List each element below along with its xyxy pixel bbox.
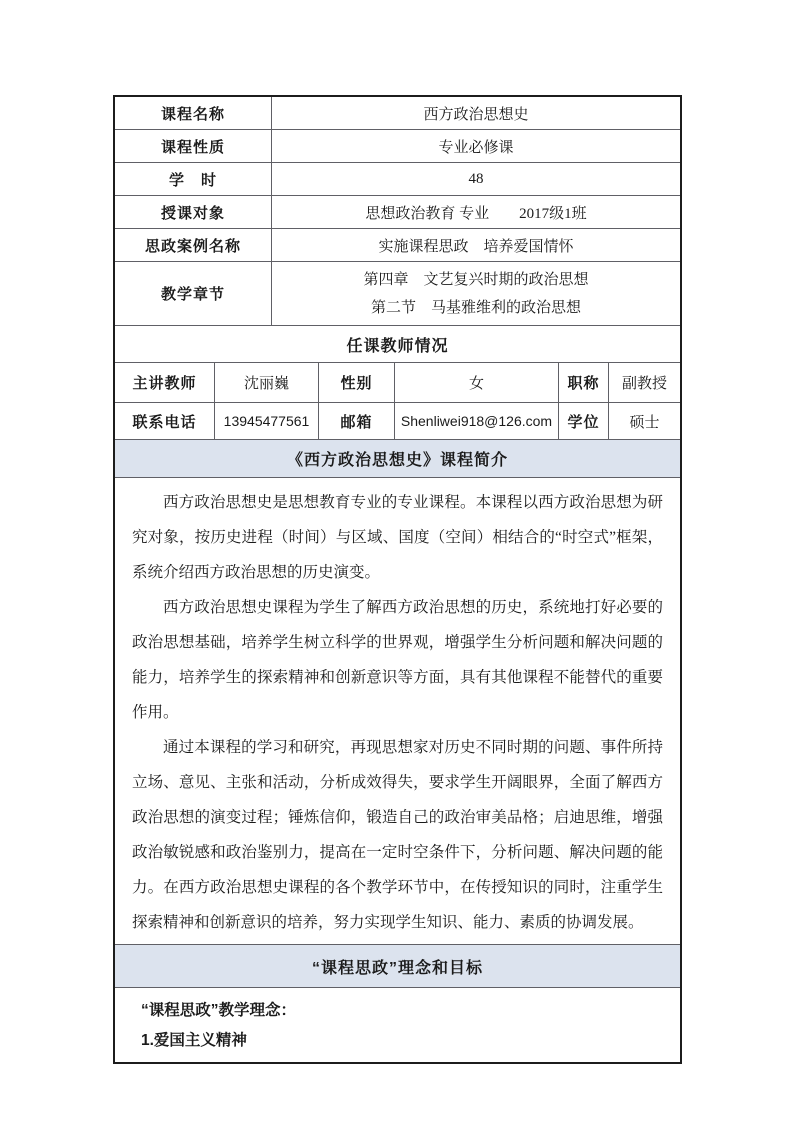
lecturer-value: 沈丽巍 [215, 363, 319, 402]
email-value: Shenliwei918@126.com [395, 403, 559, 439]
ideology-subheading: “课程思政”教学理念： [141, 996, 670, 1026]
row-label: 课程性质 [115, 130, 272, 162]
row-label: 课程名称 [115, 97, 272, 129]
table-row-course-nature: 课程性质 专业必修课 [115, 130, 680, 163]
phone-value: 13945477561 [215, 403, 319, 439]
table-row-teacher-info-1: 主讲教师 沈丽巍 性别 女 职称 副教授 [115, 363, 680, 403]
course-intro-header: 《西方政治思想史》课程简介 [115, 440, 680, 477]
row-label: 教学章节 [115, 262, 272, 325]
title-label: 职称 [559, 363, 609, 402]
intro-paragraph-3: 通过本课程的学习和研究，再现思想家对历史不同时期的问题、事件所持立场、意见、主张… [132, 730, 663, 940]
table-row-course-name: 课程名称 西方政治思想史 [115, 97, 680, 130]
table-row-ideology-header: “课程思政”理念和目标 [115, 945, 680, 988]
degree-label: 学位 [559, 403, 609, 439]
row-value: 实施课程思政 培养爱国情怀 [272, 229, 680, 261]
table-row-case-name: 思政案例名称 实施课程思政 培养爱国情怀 [115, 229, 680, 262]
row-value: 第四章 文艺复兴时期的政治思想 第二节 马基雅维利的政治思想 [272, 262, 680, 325]
table-row-teaching-target: 授课对象 思想政治教育 专业 2017级1班 [115, 196, 680, 229]
title-value: 副教授 [609, 363, 680, 402]
teacher-section-header: 任课教师情况 [115, 326, 680, 362]
lecturer-label: 主讲教师 [115, 363, 215, 402]
email-label: 邮箱 [319, 403, 395, 439]
table-row-credit-hours: 学 时 48 [115, 163, 680, 196]
table-row-course-intro: 西方政治思想史是思想教育专业的专业课程。本课程以西方政治思想为研究对象，按历史进… [115, 478, 680, 945]
course-intro-text: 西方政治思想史是思想教育专业的专业课程。本课程以西方政治思想为研究对象，按历史进… [115, 478, 680, 944]
chapter-line-2: 第二节 马基雅维利的政治思想 [371, 294, 581, 322]
row-value: 48 [272, 163, 680, 195]
degree-value: 硕士 [609, 403, 680, 439]
table-row-intro-header: 《西方政治思想史》课程简介 [115, 440, 680, 478]
course-syllabus-table: 课程名称 西方政治思想史 课程性质 专业必修课 学 时 48 授课对象 思想政治… [113, 95, 682, 1064]
intro-paragraph-2: 西方政治思想史课程为学生了解西方政治思想的历史，系统地打好必要的政治思想基础，培… [132, 590, 663, 730]
gender-value: 女 [395, 363, 559, 402]
table-row-teacher-info-2: 联系电话 13945477561 邮箱 Shenliwei918@126.com… [115, 403, 680, 440]
row-label: 学 时 [115, 163, 272, 195]
gender-label: 性别 [319, 363, 395, 402]
row-value: 思想政治教育 专业 2017级1班 [272, 196, 680, 228]
table-row-teacher-header: 任课教师情况 [115, 326, 680, 363]
intro-paragraph-1: 西方政治思想史是思想教育专业的专业课程。本课程以西方政治思想为研究对象，按历史进… [132, 485, 663, 590]
table-row-ideology-content: “课程思政”教学理念： 1.爱国主义精神 [115, 988, 680, 1062]
table-row-teaching-chapter: 教学章节 第四章 文艺复兴时期的政治思想 第二节 马基雅维利的政治思想 [115, 262, 680, 326]
chapter-line-1: 第四章 文艺复兴时期的政治思想 [363, 266, 588, 294]
ideology-item-1: 1.爱国主义精神 [141, 1026, 670, 1056]
row-value: 专业必修课 [272, 130, 680, 162]
row-value: 西方政治思想史 [272, 97, 680, 129]
row-label: 授课对象 [115, 196, 272, 228]
row-label: 思政案例名称 [115, 229, 272, 261]
phone-label: 联系电话 [115, 403, 215, 439]
ideology-section-header: “课程思政”理念和目标 [115, 945, 680, 987]
